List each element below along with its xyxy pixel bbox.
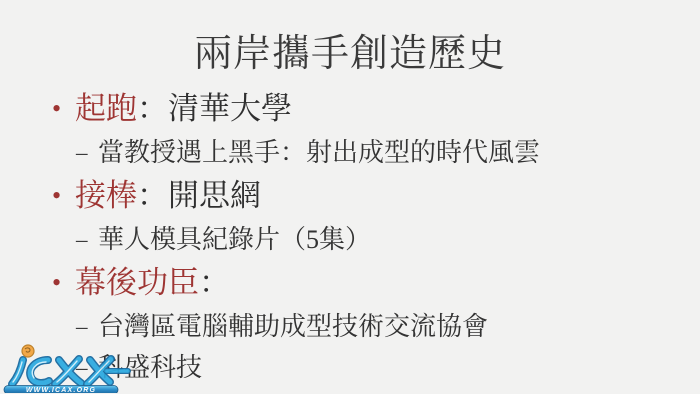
- logo-url-banner: WWW.ICAX.ORG: [4, 386, 118, 394]
- slide-body: •起跑：清華大學 –當教授遇上黑手：射出成型的時代風雲 •接棒：開思網 –華人模…: [44, 86, 684, 388]
- logo-orange-ball: [22, 345, 34, 357]
- bullet-line-1: •起跑：清華大學: [44, 86, 684, 132]
- logo-url-text: WWW.ICAX.ORG: [26, 387, 96, 393]
- dash-marker: –: [76, 219, 88, 260]
- sub-bullet-line-3: –台灣區電腦輔助成型技術交流協會: [44, 306, 684, 347]
- bullet-3-text: ：: [199, 265, 230, 300]
- bullet-line-2: •接棒：開思網: [44, 173, 684, 219]
- presentation-slide: 兩岸攜手創造歷史 •起跑：清華大學 –當教授遇上黑手：射出成型的時代風雲 •接棒…: [0, 0, 700, 394]
- bullet-marker: •: [52, 260, 61, 306]
- logo-letter-a: [55, 359, 81, 384]
- icax-logo-watermark: WWW.ICAX.ORG: [2, 343, 132, 393]
- sub-bullet-2-text: 華人模具紀錄片（5集）: [98, 225, 371, 254]
- sub-bullet-line-2: –華人模具紀錄片（5集）: [44, 219, 684, 260]
- dash-marker: –: [76, 306, 88, 347]
- dash-marker: –: [76, 132, 88, 173]
- bullet-2-text: ：開思網: [137, 178, 261, 213]
- bullet-marker: •: [52, 173, 61, 219]
- sub-bullet-line-1: –當教授遇上黑手：射出成型的時代風雲: [44, 132, 684, 173]
- bullet-3-keyword: 幕後功臣: [75, 265, 199, 300]
- bullet-1-text: ：清華大學: [137, 91, 292, 126]
- bullet-2-keyword: 接棒: [75, 178, 137, 213]
- bullet-1-keyword: 起跑: [75, 91, 137, 126]
- logo-letter-x: [87, 359, 128, 384]
- sub-bullet-3-text: 台灣區電腦輔助成型技術交流協會: [98, 312, 488, 341]
- bullet-marker: •: [52, 86, 61, 132]
- bullet-line-3: •幕後功臣：: [44, 260, 684, 306]
- slide-title: 兩岸攜手創造歷史: [0, 22, 700, 77]
- logo-letter-i: [12, 360, 23, 384]
- logo-letter-c: [30, 360, 49, 383]
- sub-bullet-1-text: 當教授遇上黑手：射出成型的時代風雲: [98, 138, 540, 167]
- sub-bullet-line-4: –科盛科技: [44, 347, 684, 388]
